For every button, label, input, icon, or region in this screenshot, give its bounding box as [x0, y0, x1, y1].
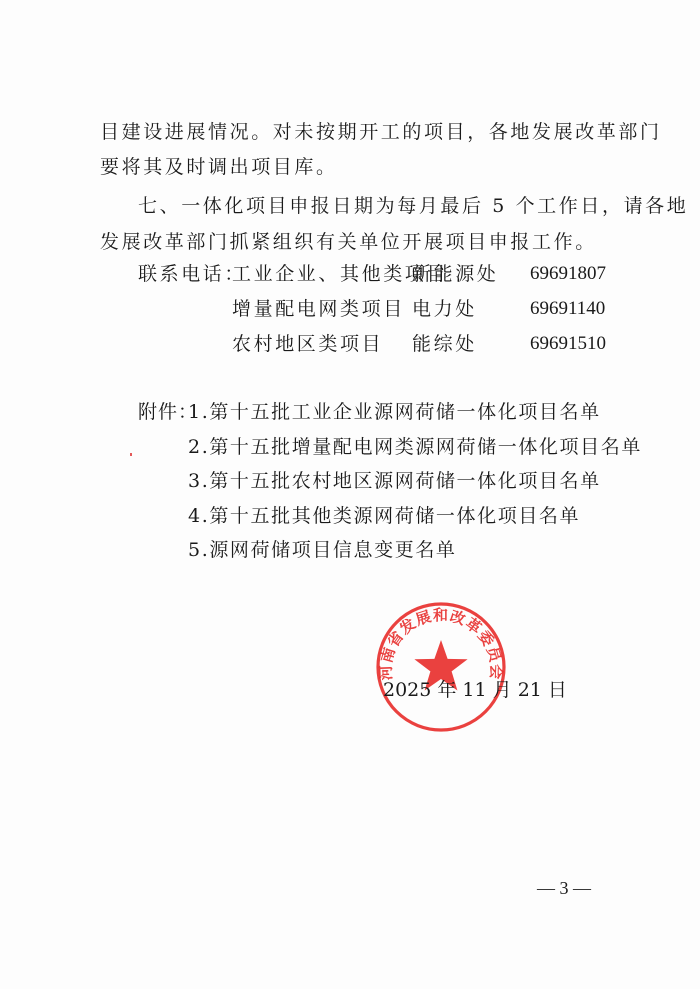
contact-department: 电力处	[412, 297, 477, 321]
contact-category: 农村地区类项目	[232, 332, 383, 356]
contact-phone: 69691807	[530, 262, 606, 286]
signature-date: 2025 年 11 月 21 日	[383, 678, 567, 702]
contact-phone: 69691510	[530, 332, 606, 356]
body-line: 要将其及时调出项目库。	[100, 155, 338, 179]
attachment-item: 3.第十五批农村地区源网荷储一体化项目名单	[188, 469, 601, 493]
attachment-item: 1.第十五批工业企业源网荷储一体化项目名单	[188, 400, 601, 424]
attachment-item: 4.第十五批其他类源网荷储一体化项目名单	[188, 504, 580, 528]
section-seven-line: 七、一体化项目申报日期为每月最后 5 个工作日，请各地	[138, 194, 688, 218]
body-line: 目建设进展情况。对未按期开工的项目，各地发展改革部门	[100, 120, 662, 144]
contact-phone: 69691140	[530, 297, 605, 321]
attachment-item: 5.源网荷储项目信息变更名单	[188, 538, 457, 562]
official-seal-icon: 河南省发展和改革委员会	[374, 600, 508, 734]
contact-label: 联系电话：	[138, 262, 246, 286]
document-page: 目建设进展情况。对未按期开工的项目，各地发展改革部门 要将其及时调出项目库。 七…	[0, 0, 700, 989]
attachment-item: 2.第十五批增量配电网类源网荷储一体化项目名单	[188, 435, 642, 459]
scan-speck	[130, 453, 132, 456]
contact-category: 增量配电网类项目	[232, 297, 405, 321]
contact-department: 能综处	[412, 332, 477, 356]
contact-department: 新能源处	[412, 262, 498, 286]
section-seven-line: 发展改革部门抓紧组织有关单位开展项目申报工作。	[100, 230, 597, 254]
page-number: — 3 —	[537, 876, 591, 900]
